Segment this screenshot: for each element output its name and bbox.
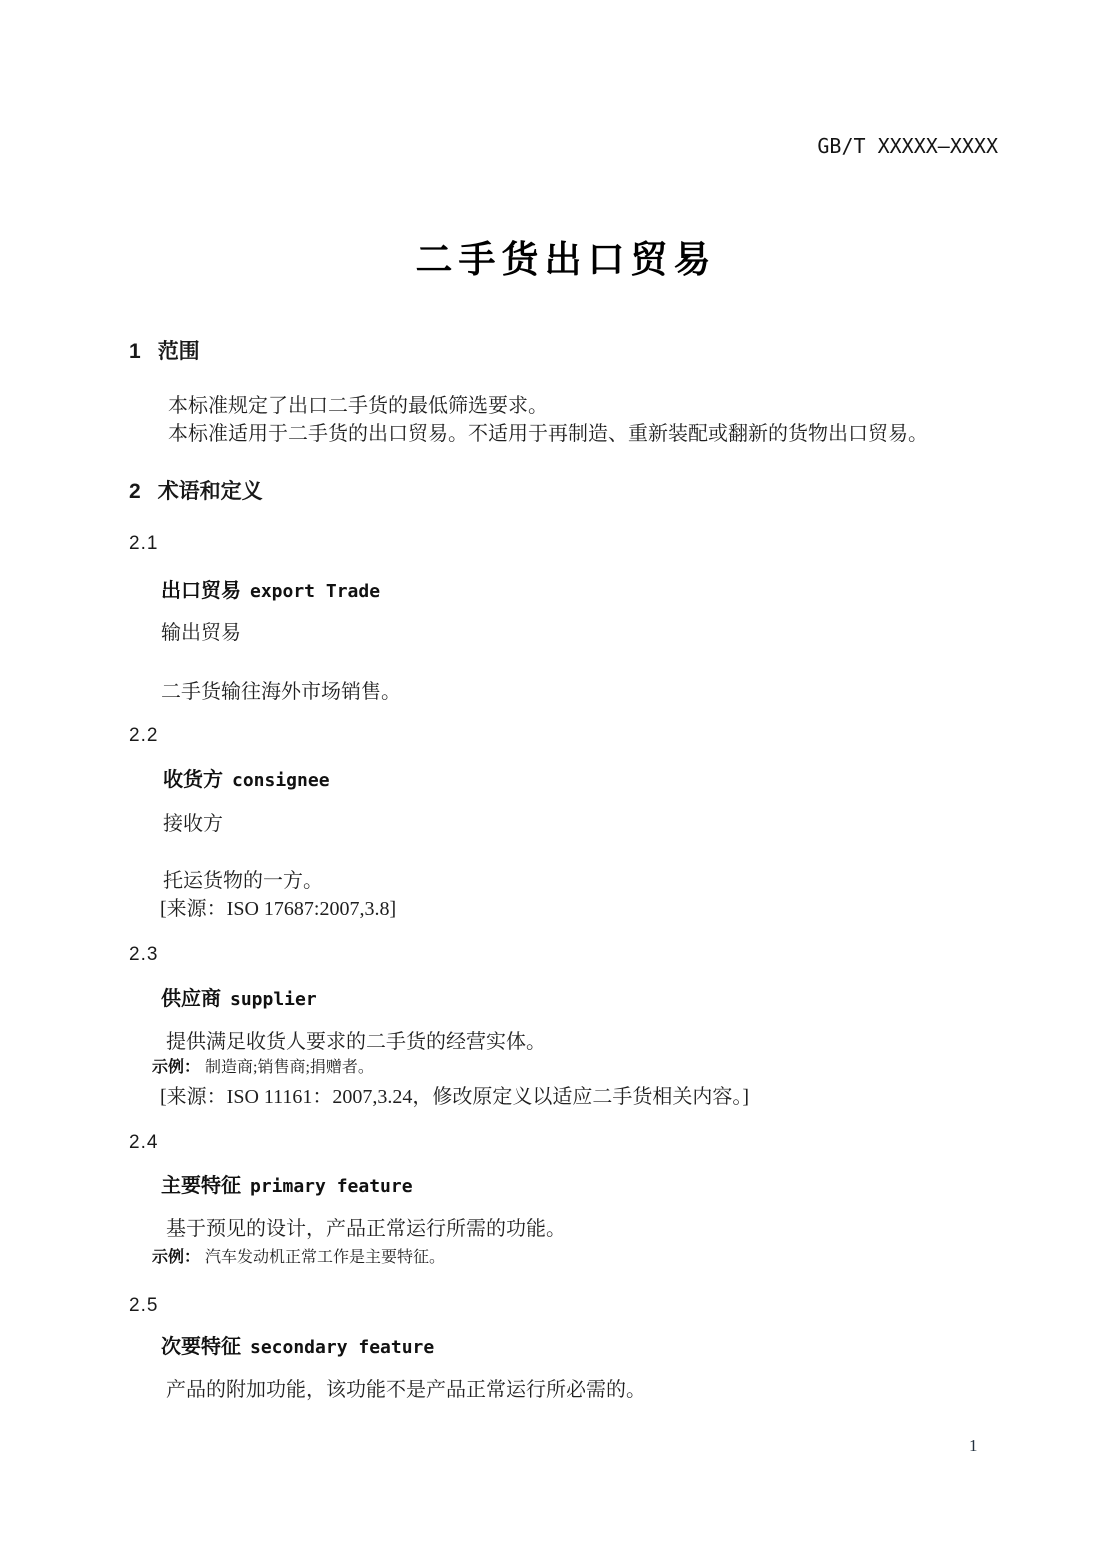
section-scope-heading: 1范围 [129,339,200,364]
section-title: 范围 [158,340,200,363]
term-heading: 收货方consignee [163,768,330,792]
document-title: 二手货出口贸易 [0,238,1102,282]
standard-code: GB/T XXXXX—XXXX [817,134,998,158]
clause-number: 2.1 [129,533,158,556]
example-note: 示例：汽车发动机正常工作是主要特征。 [152,1248,445,1267]
term-definition: 托运货物的一方。 [163,869,323,893]
section-title: 术语和定义 [158,480,263,503]
scope-paragraph: 本标准适用于二手货的出口贸易。不适用于再制造、重新装配或翻新的货物出口贸易。 [168,422,928,446]
clause-number: 2.2 [129,725,158,748]
term-en: secondary feature [250,1337,434,1358]
term-zh: 次要特征 [161,1336,241,1358]
clause-number: 2.5 [129,1295,158,1318]
term-definition: 产品的附加功能，该功能不是产品正常运行所必需的。 [166,1378,646,1402]
term-en: export Trade [250,581,380,602]
term-zh: 主要特征 [161,1175,241,1197]
document-page: GB/T XXXXX—XXXX 二手货出口贸易 1范围 本标准规定了出口二手货的… [0,0,1102,1559]
section-number: 1 [129,339,141,364]
term-zh: 供应商 [161,988,221,1010]
term-definition: 提供满足收货人要求的二手货的经营实体。 [166,1030,546,1054]
example-label: 示例： [152,1059,200,1076]
term-synonym: 输出贸易 [161,621,241,645]
term-heading: 次要特征secondary feature [161,1335,434,1359]
term-zh: 出口贸易 [161,580,241,602]
clause-number: 2.3 [129,944,158,967]
example-note: 示例：制造商;销售商;捐赠者。 [152,1058,374,1077]
section-number: 2 [129,479,141,504]
scope-paragraph: 本标准规定了出口二手货的最低筛选要求。 [168,394,548,418]
term-heading: 主要特征primary feature [161,1174,413,1198]
term-en: consignee [232,770,330,791]
term-synonym: 接收方 [163,812,223,836]
page-number: 1 [969,1436,978,1456]
term-en: primary feature [250,1176,413,1197]
example-label: 示例： [152,1249,200,1266]
section-terms-heading: 2术语和定义 [129,479,263,504]
term-heading: 出口贸易export Trade [161,579,380,603]
term-definition: 基于预见的设计，产品正常运行所需的功能。 [166,1217,566,1241]
source-note: [来源：ISO 11161：2007,3.24，修改原定义以适应二手货相关内容。… [160,1085,749,1109]
term-zh: 收货方 [163,769,223,791]
clause-number: 2.4 [129,1132,158,1155]
source-note: [来源：ISO 17687:2007,3.8] [160,897,396,921]
example-text: 汽车发动机正常工作是主要特征。 [205,1249,445,1266]
example-text: 制造商;销售商;捐赠者。 [205,1059,374,1076]
term-definition: 二手货输往海外市场销售。 [161,680,401,704]
term-heading: 供应商supplier [161,987,317,1011]
term-en: supplier [230,989,317,1010]
